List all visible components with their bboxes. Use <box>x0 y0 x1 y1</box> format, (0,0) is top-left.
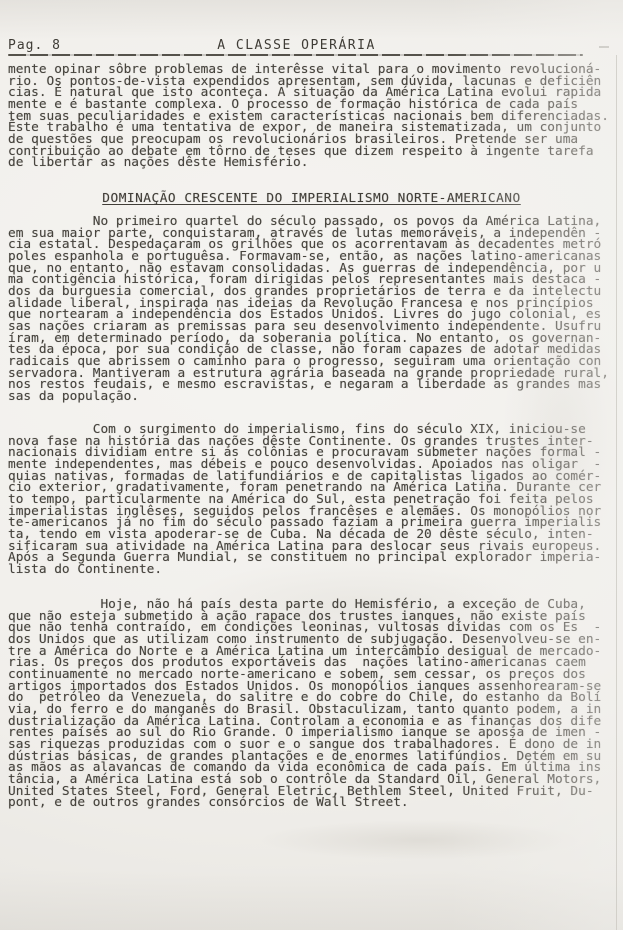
body-paragraph: No primeiro quartel do século passado, o… <box>8 216 609 403</box>
publication-title: A CLASSE OPERÁRIA <box>8 38 585 53</box>
page-header: Pag. 8 A CLASSE OPERÁRIA <box>8 38 585 54</box>
scan-artifact-mark <box>599 46 609 48</box>
body-paragraph: mente opinar sôbre problemas de interêss… <box>8 64 609 169</box>
scanner-edge-line <box>616 55 617 930</box>
scanned-page: Pag. 8 A CLASSE OPERÁRIA mente opinar sô… <box>0 0 623 930</box>
ink-bleed-smudge <box>260 820 580 860</box>
body-paragraph: Hoje, não há país desta parte do Hemisfé… <box>8 599 601 809</box>
header-rule <box>8 54 583 56</box>
paper-stain <box>0 870 623 930</box>
section-heading: DOMINAÇÃO CRESCENTE DO IMPERIALISMO NORT… <box>0 191 623 206</box>
paper-stain <box>0 0 623 40</box>
body-paragraph: Com o surgimento do imperialismo, fins d… <box>8 424 601 576</box>
